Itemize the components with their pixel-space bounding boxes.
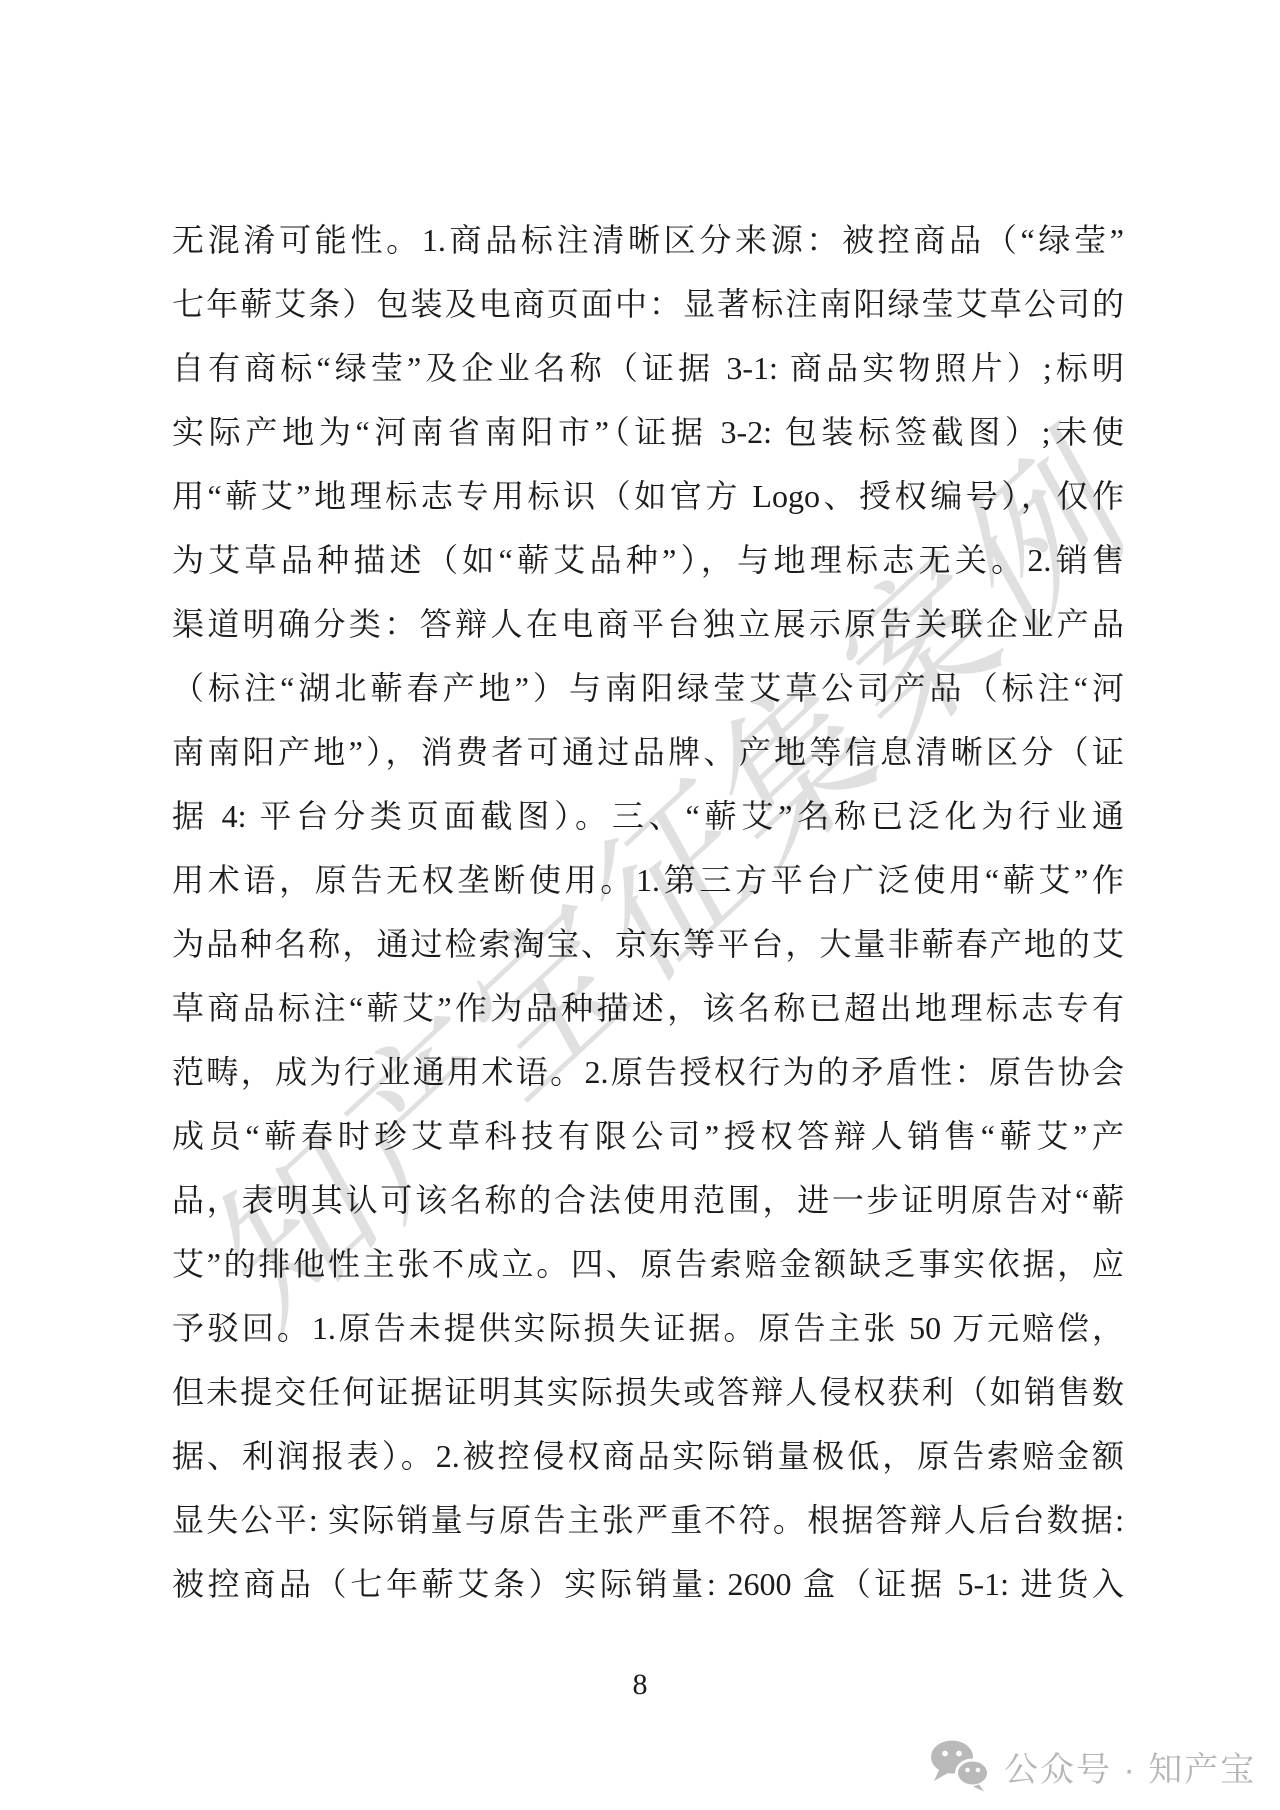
body-line: 品，表明其认可该名称的合法使用范围，进一步证明原告对“蕲: [172, 1168, 1124, 1232]
body-line: 予驳回。1.原告未提供实际损失证据。原告主张 50 万元赔偿，: [172, 1296, 1124, 1360]
body-line: 用术语，原告无权垄断使用。1.第三方平台广泛使用“蕲艾”作: [172, 848, 1124, 912]
body-line: 七年蕲艾条）包装及电商页面中：显著标注南阳绿莹艾草公司的: [172, 272, 1124, 336]
body-line: 据 4: 平台分类页面截图）。三、“蕲艾”名称已泛化为行业通: [172, 784, 1124, 848]
body-line: 为艾草品种描述（如“蕲艾品种”），与地理标志无关。2.销售: [172, 528, 1124, 592]
document-page: 知产宝征集案例 无混淆可能性。1.商品标注清晰区分来源：被控商品（“绿莹”七年蕲…: [0, 0, 1280, 1810]
body-line: 据、利润报表）。2.被控侵权商品实际销量极低，原告索赔金额: [172, 1424, 1124, 1488]
body-text: 无混淆可能性。1.商品标注清晰区分来源：被控商品（“绿莹”七年蕲艾条）包装及电商…: [172, 208, 1124, 1616]
body-line: 实际产地为“河南省南阳市”（证据 3-2: 包装标签截图）;未使: [172, 400, 1124, 464]
footer-label: 公众号 · 知产宝: [1004, 1742, 1256, 1791]
body-line: （标注“湖北蕲春产地”）与南阳绿莹艾草公司产品（标注“河: [172, 656, 1124, 720]
body-line: 被控商品（七年蕲艾条）实际销量: 2600 盒（证据 5-1: 进货入: [172, 1552, 1124, 1616]
body-line: 草商品标注“蕲艾”作为品种描述，该名称已超出地理标志专有: [172, 976, 1124, 1040]
body-line: 成员“蕲春时珍艾草科技有限公司”授权答辩人销售“蕲艾”产: [172, 1104, 1124, 1168]
wechat-icon: [928, 1740, 990, 1792]
body-line: 渠道明确分类：答辩人在电商平台独立展示原告关联企业产品: [172, 592, 1124, 656]
footer-watermark: 公众号 · 知产宝: [928, 1740, 1256, 1792]
page-number: 8: [0, 1668, 1280, 1702]
body-line: 范畴，成为行业通用术语。2.原告授权行为的矛盾性：原告协会: [172, 1040, 1124, 1104]
body-line: 无混淆可能性。1.商品标注清晰区分来源：被控商品（“绿莹”: [172, 208, 1124, 272]
body-line: 显失公平: 实际销量与原告主张严重不符。根据答辩人后台数据:: [172, 1488, 1124, 1552]
body-line: 艾”的排他性主张不成立。四、原告索赔金额缺乏事实依据，应: [172, 1232, 1124, 1296]
body-line: 为品种名称，通过检索淘宝、京东等平台，大量非蕲春产地的艾: [172, 912, 1124, 976]
body-line: 但未提交任何证据证明其实际损失或答辩人侵权获利（如销售数: [172, 1360, 1124, 1424]
body-line: 自有商标“绿莹”及企业名称（证据 3-1: 商品实物照片）;标明: [172, 336, 1124, 400]
body-line: 用“蕲艾”地理标志专用标识（如官方 Logo、授权编号），仅作: [172, 464, 1124, 528]
body-line: 南南阳产地”），消费者可通过品牌、产地等信息清晰区分（证: [172, 720, 1124, 784]
